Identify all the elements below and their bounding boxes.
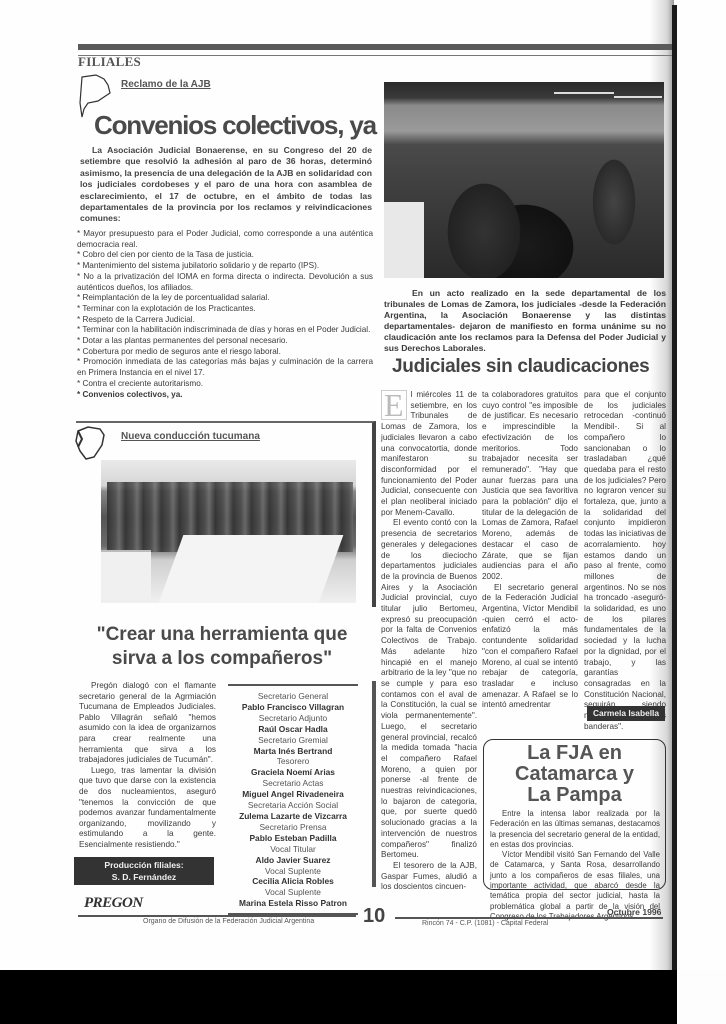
footer-rule-right: [395, 917, 663, 919]
tucuman-roster: Secretario GeneralPablo Francisco Villag…: [228, 684, 358, 915]
group-photo: [101, 460, 356, 603]
crowd-photo: [384, 82, 664, 278]
tucuman-headline: "Crear una herramienta que sirva a los c…: [72, 623, 372, 671]
demand-item: * Convenios colectivos, ya.: [77, 390, 373, 401]
tucuman-body: Pregón dialogó con el flamante secretari…: [79, 681, 216, 851]
pregon-logo: PREGON: [84, 895, 143, 912]
fja-headline: La FJA en Catamarca y La Pampa: [483, 743, 666, 806]
tucuman-kicker: Nueva conducción tucumana: [121, 431, 260, 442]
ajb-demands-list: * Mayor presupuesto para el Poder Judici…: [77, 229, 373, 400]
footer-address: Rincón 74 - C.P. (1081) - Capital Federa…: [422, 920, 548, 927]
lomas-paragraph: El secretario general de la Federación J…: [482, 583, 578, 711]
demand-item: * Mantenimiento del sistema jubilatorio …: [77, 261, 373, 272]
ajb-kicker: Reclamo de la AJB: [121, 79, 211, 90]
lomas-photo-caption: En un acto realizado en la sede departam…: [384, 288, 666, 354]
footer-rule-left: [78, 915, 356, 917]
demand-item: * Mayor presupuesto para el Poder Judici…: [77, 229, 373, 250]
scan-border-bottom: [0, 970, 726, 1024]
lomas-column-1: El miércoles 11 de setiembre, en los Tri…: [381, 390, 477, 893]
demand-item: * Respeto de la Carrera Judicial.: [77, 315, 373, 326]
ajb-headline: Convenios colectivos, ya: [94, 110, 376, 141]
demand-item: * Promoción inmediata de las categorías …: [77, 357, 373, 378]
demand-item: * No a la privatización del IOMA en form…: [77, 272, 373, 293]
demand-item: * Terminar con la habilitación indiscrim…: [77, 325, 373, 336]
footer-publication: Organo de Difusión de la Federación Judi…: [143, 918, 314, 925]
demand-item: * Cobertura por medio de seguros ante el…: [77, 347, 373, 358]
lomas-paragraph: El miércoles 11 de setiembre, en los Tri…: [381, 390, 477, 518]
lomas-paragraph: El evento contó con la presencia de secr…: [381, 518, 477, 861]
roster-side-rule: [372, 681, 376, 887]
demand-item: * Dotar a las plantas permanentes del pe…: [77, 336, 373, 347]
lomas-paragraph: para que el conjunto de los judiciales r…: [584, 390, 666, 733]
tucuman-province-map-icon: [74, 425, 108, 461]
header-rule: [78, 44, 672, 50]
byline-produccion: Producción filiales: S. D. Fernández: [74, 857, 214, 885]
scan-margin: [677, 970, 726, 1024]
ajb-lead: La Asociación Judicial Bonaerense, en su…: [80, 145, 372, 225]
scan-edge: [672, 5, 677, 970]
demand-item: * Contra el creciente autoritarismo.: [77, 379, 373, 390]
byline-carmela: Carmela Isabella: [587, 706, 665, 721]
page-number: 10: [363, 905, 385, 928]
lomas-column-2: ta colaboradores gratuitos cuyo control …: [482, 390, 578, 711]
section-label: FILIALES: [78, 54, 141, 70]
demand-item: * Cobro del cien por ciento de la Tasa d…: [77, 250, 373, 261]
lomas-headline: Judiciales sin claudicaciones: [392, 356, 649, 378]
demand-item: * Terminar con la explotación de los Pra…: [77, 304, 373, 315]
footer-date: Octubre 1996: [607, 907, 661, 917]
dropcap: E: [381, 390, 407, 420]
lomas-column-3: para que el conjunto de los judiciales r…: [584, 390, 666, 733]
header-rule-thin: [78, 55, 672, 56]
fja-body: Entre la intensa labor realizada por la …: [490, 809, 660, 922]
lomas-paragraph: ta colaboradores gratuitos cuyo control …: [482, 390, 578, 583]
demand-item: * Reimplantación de la ley de porcentual…: [77, 293, 373, 304]
lomas-paragraph: El tesorero de la AJB, Gaspar Fumes, alu…: [381, 861, 477, 893]
